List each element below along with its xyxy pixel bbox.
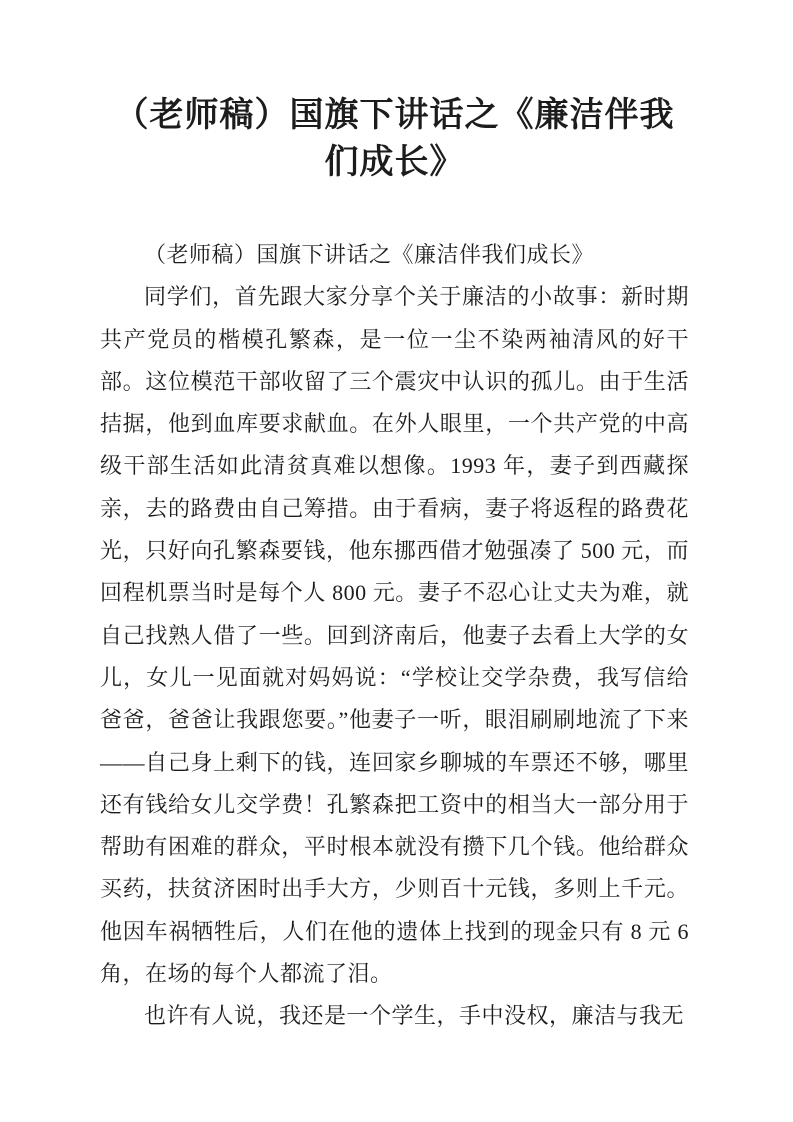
paragraph-title-line: （老师稿）国旗下讲话之《廉洁伴我们成长》	[100, 234, 689, 276]
paragraph-story: 同学们，首先跟大家分享个关于廉洁的小故事：新时期共产党员的楷模孔繁森，是一位一尘…	[100, 276, 689, 995]
document-title: （老师稿）国旗下讲话之《廉洁伴我们成长》	[100, 92, 689, 186]
paragraph-students-cutoff: 也许有人说，我还是一个学生，手中没权，廉洁与我无	[100, 995, 689, 1037]
document-page: （老师稿）国旗下讲话之《廉洁伴我们成长》 （老师稿）国旗下讲话之《廉洁伴我们成长…	[0, 0, 793, 1122]
document-content: （老师稿）国旗下讲话之《廉洁伴我们成长》 （老师稿）国旗下讲话之《廉洁伴我们成长…	[0, 0, 793, 1038]
